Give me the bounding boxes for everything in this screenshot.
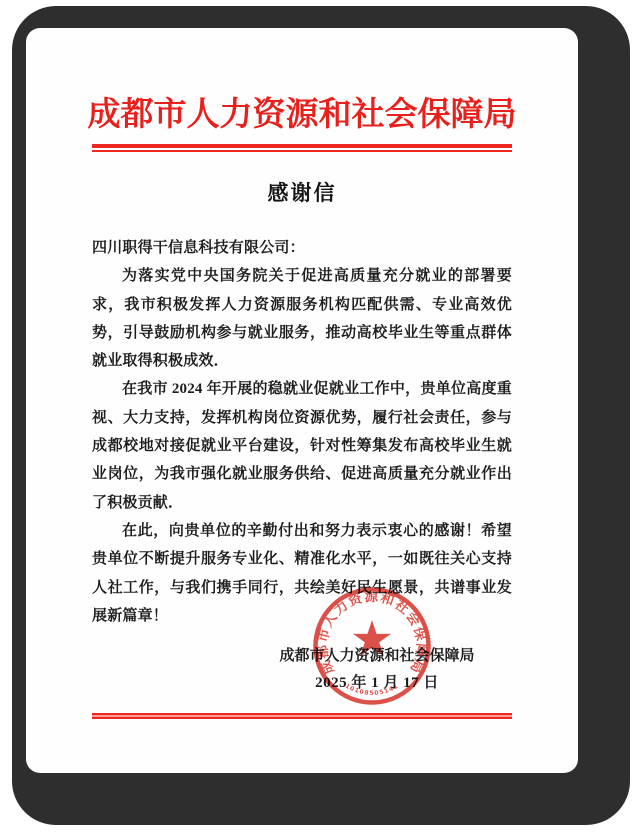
- body-paragraph: 在我市 2024 年开展的稳就业促就业工作中，贵单位高度重视、大力支持，发挥机构…: [92, 375, 512, 516]
- photo-frame: 成都市人力资源和社会保障局 感谢信 四川职得干信息科技有限公司： 为落实党中央国…: [12, 6, 630, 825]
- body-paragraph: 为落实党中央国务院关于促进高质量充分就业的部署要求，我市积极发挥人力资源服务机构…: [92, 262, 512, 375]
- letterhead-title: 成都市人力资源和社会保障局: [26, 88, 578, 135]
- official-seal: 成都市人力资源和社会保障局 5101085051418: [307, 581, 437, 711]
- seal-star-icon: [353, 620, 391, 656]
- letterhead-double-rule: [92, 144, 512, 152]
- document-title: 感谢信: [26, 177, 578, 207]
- footer-rule: [92, 713, 512, 719]
- body-paragraph: 在此，向贵单位的辛勤付出和努力表示衷心的感谢！希望贵单位不断提升服务专业化、精准…: [92, 517, 512, 630]
- letter-page: 成都市人力资源和社会保障局 感谢信 四川职得干信息科技有限公司： 为落实党中央国…: [26, 28, 578, 773]
- letter-body: 四川职得干信息科技有限公司： 为落实党中央国务院关于促进高质量充分就业的部署要求…: [92, 234, 512, 630]
- salutation: 四川职得干信息科技有限公司：: [92, 234, 512, 262]
